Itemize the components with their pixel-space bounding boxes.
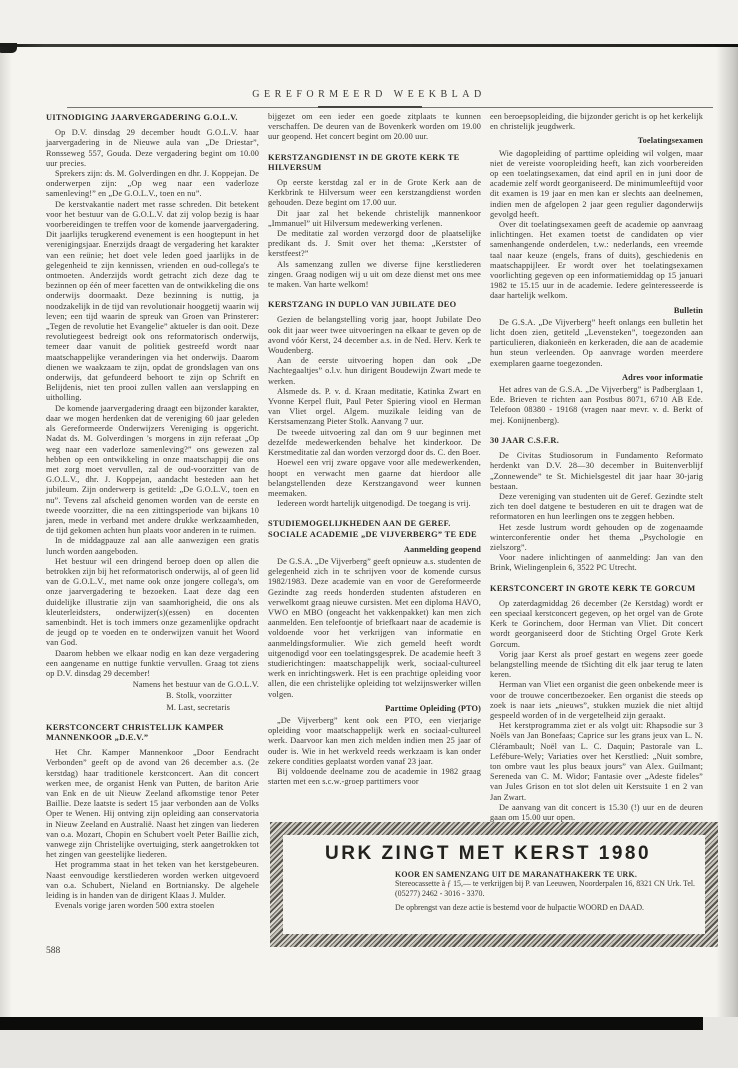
heading-kerstconcert-kamper: KERSTCONCERT CHRISTELIJK KAMPER MANNENKO… <box>46 723 259 743</box>
subheading-parttime: Parttime Opleiding (PTO) <box>268 704 481 714</box>
article-paragraph: Het adres van de G.S.A. „De Vijverberg” … <box>490 385 703 426</box>
heading-uitnodiging-jaarvergadering: UITNODIGING JAARVERGADERING G.O.L.V. <box>46 113 259 123</box>
article-paragraph: Daarom hebben we elkaar nodig en kan dez… <box>46 649 259 680</box>
article-paragraph: De aanvang van dit concert is 15.30 (!) … <box>490 803 703 823</box>
ad-subtitle: KOOR EN SAMENZANG UIT DE MARANATHAKERK T… <box>395 870 695 879</box>
article-paragraph: bijgezet om een ieder een goede zitplaat… <box>268 112 481 143</box>
article-paragraph: Hoewel een vrij zware opgave voor alle m… <box>268 458 481 499</box>
article-paragraph: een beroepsopleiding, die bijzonder geri… <box>490 112 703 132</box>
article-paragraph: Aan de eerste uitvoering hopen dan ook „… <box>268 356 481 387</box>
article-paragraph: De tweede uitvoering zal dan om 9 uur be… <box>268 428 481 459</box>
article-paragraph: Het zesde lustrum wordt gehouden op de z… <box>490 523 703 554</box>
article-paragraph: Het kerstprogramma ziet er als volgt uit… <box>490 721 703 803</box>
scan-black-bar <box>0 1017 703 1030</box>
article-paragraph: Dit jaar zal het bekende christelijk man… <box>268 209 481 229</box>
article-paragraph: Deze vereniging van studenten uit de Ger… <box>490 492 703 523</box>
article-paragraph: „De Vijverberg” kent ook een PTO, een vi… <box>268 716 481 767</box>
advertisement-urk-zingt: URK ZINGT MET KERST 1980 KOOR EN SAMENZA… <box>270 822 718 947</box>
ad-title: URK ZINGT MET KERST 1980 <box>325 843 695 865</box>
heading-studiemogelijkheden: STUDIEMOGELIJKHEDEN AAN DE GEREF. SOCIAL… <box>268 519 481 539</box>
signature-line: M. Last, secretaris <box>46 703 259 713</box>
page-fold-line <box>0 44 738 47</box>
ad-order-info: Stereocassette à ƒ 15,— te verkrijgen bi… <box>395 879 695 898</box>
article-paragraph: Het bestuur wil een dringend beroep doen… <box>46 557 259 649</box>
ad-inner-panel: URK ZINGT MET KERST 1980 KOOR EN SAMENZA… <box>283 835 705 934</box>
heading-kerstzang-duplo: KERSTZANG IN DUPLO VAN JUBILATE DEO <box>268 300 481 310</box>
page-number: 588 <box>46 946 60 956</box>
subheading-aanmelding: Aanmelding geopend <box>268 545 481 555</box>
article-paragraph: Op zaterdagmiddag 26 december (2e Kerstd… <box>490 599 703 650</box>
subheading-toelatingsexamen: Toelatingsexamen <box>490 136 703 146</box>
ad-charity-note: De opbrengst van deze actie is bestemd v… <box>395 903 695 913</box>
article-paragraph: Gezien de belangstelling vorig jaar, hoo… <box>268 315 481 356</box>
heading-30-jaar-csfr: 30 JAAR C.S.F.R. <box>490 436 703 446</box>
article-paragraph: Alsmede ds. P. v. d. Kraan meditatie, Ka… <box>268 387 481 428</box>
article-paragraph: In de middagpauze zal aan alle aanwezige… <box>46 536 259 556</box>
article-paragraph: Over dit toelatingsexamen geeft de acade… <box>490 220 703 302</box>
heading-kerstconcert-gorcum: KERSTCONCERT IN GROTE KERK TE GORCUM <box>490 584 703 594</box>
article-paragraph: Bij voldoende deelname zou de academie i… <box>268 767 481 787</box>
article-paragraph: Herman van Vliet een organist die geen o… <box>490 680 703 721</box>
article-paragraph: Op D.V. dinsdag 29 december houdt G.O.L.… <box>46 128 259 169</box>
scan-background-top <box>0 0 738 44</box>
subheading-bulletin: Bulletin <box>490 306 703 316</box>
masthead-title: GEREFORMEERD WEEKBLAD <box>0 89 738 100</box>
article-paragraph: Vorig jaar Kerst als proef gestart en we… <box>490 650 703 681</box>
article-paragraph: Het programma staat in het teken van het… <box>46 860 259 901</box>
article-paragraph: De Civitas Studiosorum in Fundamento Ref… <box>490 451 703 492</box>
column-right: een beroepsopleiding, die bijzonder geri… <box>490 112 703 823</box>
column-middle: bijgezet om een ieder een goede zitplaat… <box>268 112 481 787</box>
article-paragraph: De meditatie zal worden verzorgd door de… <box>268 229 481 260</box>
article-paragraph: Iedereen wordt hartelijk uitgenodigd. De… <box>268 499 481 509</box>
signature-line: B. Stolk, voorzitter <box>46 691 259 701</box>
article-paragraph: Sprekers zijn: ds. M. Golverdingen en dh… <box>46 169 259 200</box>
article-paragraph: Voor nadere inlichtingen of aanmelding: … <box>490 553 703 573</box>
article-paragraph: De G.S.A. „De Vijverberg” heeft onlangs … <box>490 318 703 369</box>
signature-line: Namens het bestuur van de G.O.L.V. <box>46 680 259 690</box>
subheading-adres-informatie: Adres voor informatie <box>490 373 703 383</box>
masthead-rule-center <box>318 106 422 108</box>
article-paragraph: De G.S.A. „De Vijverberg” geeft opnieuw … <box>268 557 481 700</box>
article-paragraph: De komende jaarvergadering draagt een bi… <box>46 404 259 537</box>
article-paragraph: Op eerste kerstdag zal er in de Grote Ke… <box>268 178 481 209</box>
column-left: UITNODIGING JAARVERGADERING G.O.L.V. Op … <box>46 113 259 911</box>
article-paragraph: Evenals vorige jaren worden 500 extra st… <box>46 901 259 911</box>
article-paragraph: Wie dagopleiding of parttime opleiding w… <box>490 149 703 220</box>
article-paragraph: De kerstvakantie nadert met rasse schred… <box>46 200 259 404</box>
article-paragraph: Als samenzang zullen we diverse fijne ke… <box>268 260 481 291</box>
page-shadow-left <box>0 47 12 1017</box>
article-paragraph: Het Chr. Kamper Mannenkoor „Door Eendrac… <box>46 748 259 860</box>
heading-kerstzangdienst-hilversum: KERSTZANGDIENST IN DE GROTE KERK TE HILV… <box>268 153 481 173</box>
page-shadow-right <box>716 47 738 1017</box>
